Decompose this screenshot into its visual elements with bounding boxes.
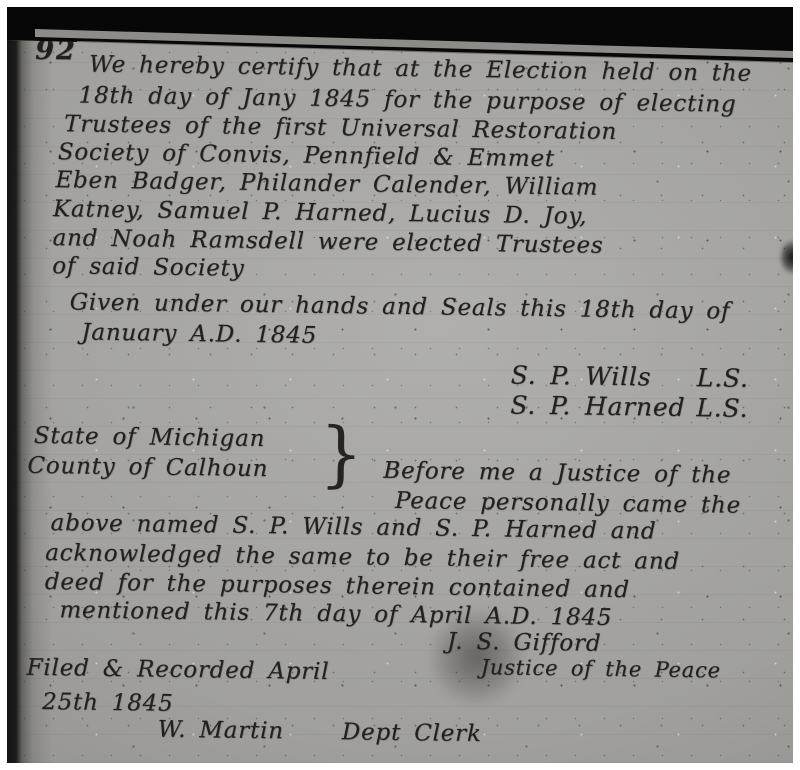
justice-title: Justice of the Peace	[480, 655, 721, 682]
attestation-line: mentioned this 7th day of April A.D. 184…	[59, 597, 612, 631]
justice-signature: J. S. Gifford	[447, 629, 602, 657]
certificate-line: Katney, Samuel P. Harned, Lucius D. Joy,	[53, 196, 588, 229]
certificate-line: Society of Convis, Pennfield & Emmet	[58, 139, 555, 172]
filing-line: Filed & Recorded April	[26, 655, 329, 685]
clerk-name: W. Martin	[158, 717, 284, 745]
seal-mark: L.S.	[697, 363, 749, 393]
clerk-title: Dept Clerk	[342, 719, 482, 747]
document-scan: 92 We hereby certify that at the Electio…	[0, 0, 800, 770]
ledger-page: 92 We hereby certify that at the Electio…	[7, 7, 793, 763]
certificate-line: of said Society	[52, 253, 245, 282]
certificate-line: Given under our hands and Seals this 18t…	[70, 289, 731, 324]
venue-state: State of Michigan	[34, 423, 266, 452]
clerk-signature-row: W. Martin Dept Clerk	[158, 717, 482, 748]
certificate-line: January A.D. 1845	[81, 320, 317, 349]
seal-mark: L.S.	[696, 393, 748, 423]
signature-row: S. P. Harned L.S.	[510, 391, 748, 423]
signature-name: S. P. Wills	[511, 361, 652, 392]
certificate-line: Eben Badger, Philander Calender, William	[55, 167, 598, 201]
signature-name: S. P. Harned	[510, 391, 685, 422]
venue-brace: }	[319, 413, 364, 497]
filing-line: 25th 1845	[42, 689, 174, 717]
signature-row: S. P. Wills L.S.	[511, 361, 749, 393]
attestation-line: Peace personally came the	[395, 488, 741, 519]
venue-county: County of Calhoun	[27, 453, 268, 482]
attestation-line: Before me a Justice of the	[383, 458, 731, 489]
handwritten-text: 92 We hereby certify that at the Electio…	[0, 6, 794, 770]
